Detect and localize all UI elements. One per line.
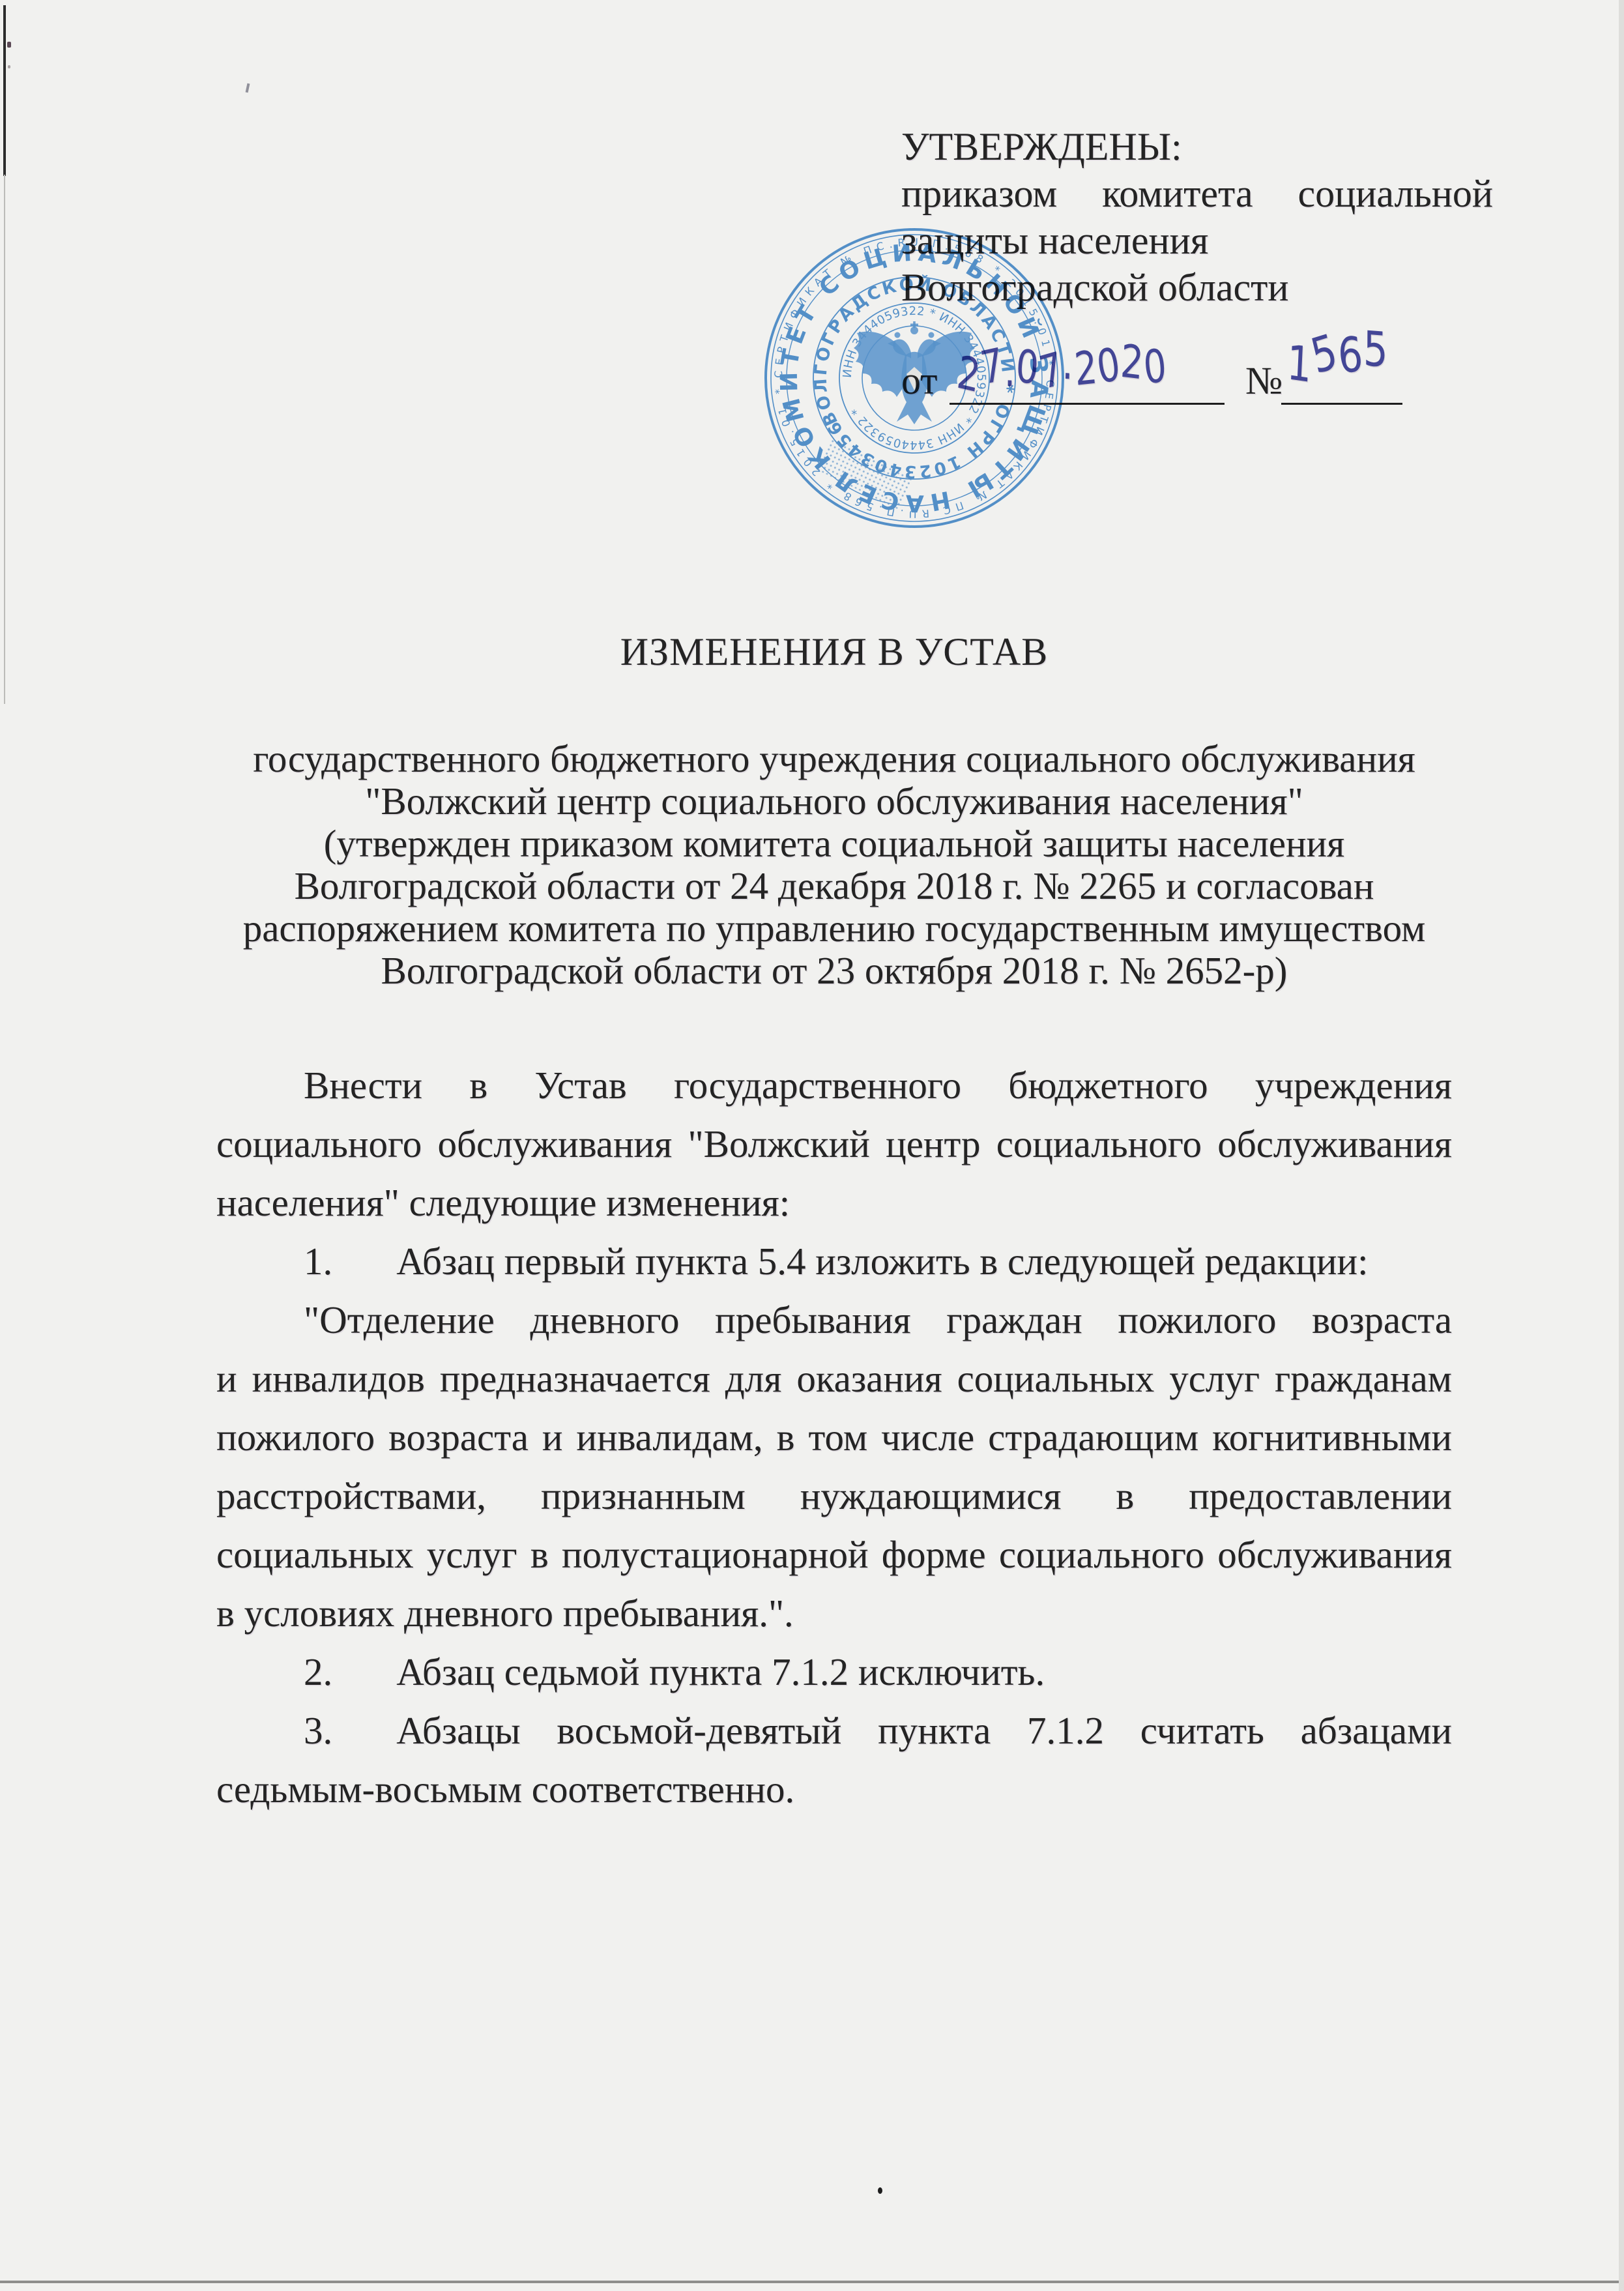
scan-speck <box>7 42 11 48</box>
handwritten-number: 1565 <box>1285 330 1391 381</box>
text-line: населения" следующие изменения: <box>216 1173 1452 1232</box>
item-text: Абзацы восьмой-девятый пункта 7.1.2 счит… <box>396 1709 1452 1752</box>
text-line: расстройствами, признанным нуждающимися … <box>216 1467 1452 1525</box>
scan-speck <box>8 65 10 68</box>
official-stamp: СЕРТИФИКАТ № ПС.RU.П.568 * 2015.01 * СЕР… <box>761 225 1067 531</box>
subtitle-block: государственного бюджетного учреждения с… <box>216 738 1452 992</box>
number-sign: № <box>1245 361 1283 400</box>
subtitle-line: государственного бюджетного учреждения с… <box>216 738 1452 780</box>
item-number: 3. <box>304 1709 332 1752</box>
text-line: Внести в Устав государственного бюджетно… <box>216 1056 1452 1115</box>
scan-right-shadow <box>1619 0 1624 2291</box>
subtitle-line: Волгоградской области от 23 октября 2018… <box>216 950 1452 992</box>
item-number: 1. <box>304 1240 332 1283</box>
subtitle-line: Волгоградской области от 24 декабря 2018… <box>216 865 1452 907</box>
approval-word: комитета <box>1102 170 1253 217</box>
scan-edge-artifact <box>3 5 6 176</box>
text-line: социального обслуживания "Волжский центр… <box>216 1115 1452 1173</box>
body-text: Внести в Устав государственного бюджетно… <box>216 1056 1452 1818</box>
numbered-item-2: 2.Абзац седьмой пункта 7.1.2 исключить. <box>216 1642 1452 1701</box>
subtitle-line: распоряжением комитета по управлению гос… <box>216 907 1452 950</box>
text-line: пожилого возраста и инвалидам, в том чис… <box>216 1408 1452 1467</box>
subtitle-line: (утвержден приказом комитета социальной … <box>216 823 1452 865</box>
document-title: ИЗМЕНЕНИЯ В УСТАВ <box>216 629 1452 675</box>
scan-speck <box>246 83 250 93</box>
approval-word: социальной <box>1298 170 1493 217</box>
subtitle-line: "Волжский центр социального обслуживания… <box>216 780 1452 823</box>
item-text: Абзац первый пункта 5.4 изложить в следу… <box>396 1240 1368 1283</box>
scan-edge-artifact <box>4 175 5 704</box>
text-line: седьмым-восьмым соответственно. <box>216 1760 1452 1818</box>
text-line: и инвалидов предназначается для оказания… <box>216 1349 1452 1408</box>
approval-line-1: приказом комитета социальной <box>901 170 1493 217</box>
scan-bottom-edge <box>0 2281 1624 2283</box>
approval-word: приказом <box>901 170 1057 217</box>
approval-title: УТВЕРЖДЕНЫ: <box>901 123 1493 170</box>
text-line: в условиях дневного пребывания.". <box>216 1584 1452 1642</box>
item-text: Абзац седьмой пункта 7.1.2 исключить. <box>396 1650 1045 1693</box>
numbered-item-1: 1.Абзац первый пункта 5.4 изложить в сле… <box>216 1232 1452 1291</box>
scanned-document-page: УТВЕРЖДЕНЫ: приказом комитета социальной… <box>0 0 1624 2291</box>
scan-speck <box>878 2187 882 2194</box>
numbered-item-3: 3.Абзацы восьмой-девятый пункта 7.1.2 сч… <box>216 1701 1452 1760</box>
text-line: "Отделение дневного пребывания граждан п… <box>216 1291 1452 1349</box>
item-number: 2. <box>304 1650 332 1693</box>
text-line: социальных услуг в полустационарной форм… <box>216 1525 1452 1584</box>
